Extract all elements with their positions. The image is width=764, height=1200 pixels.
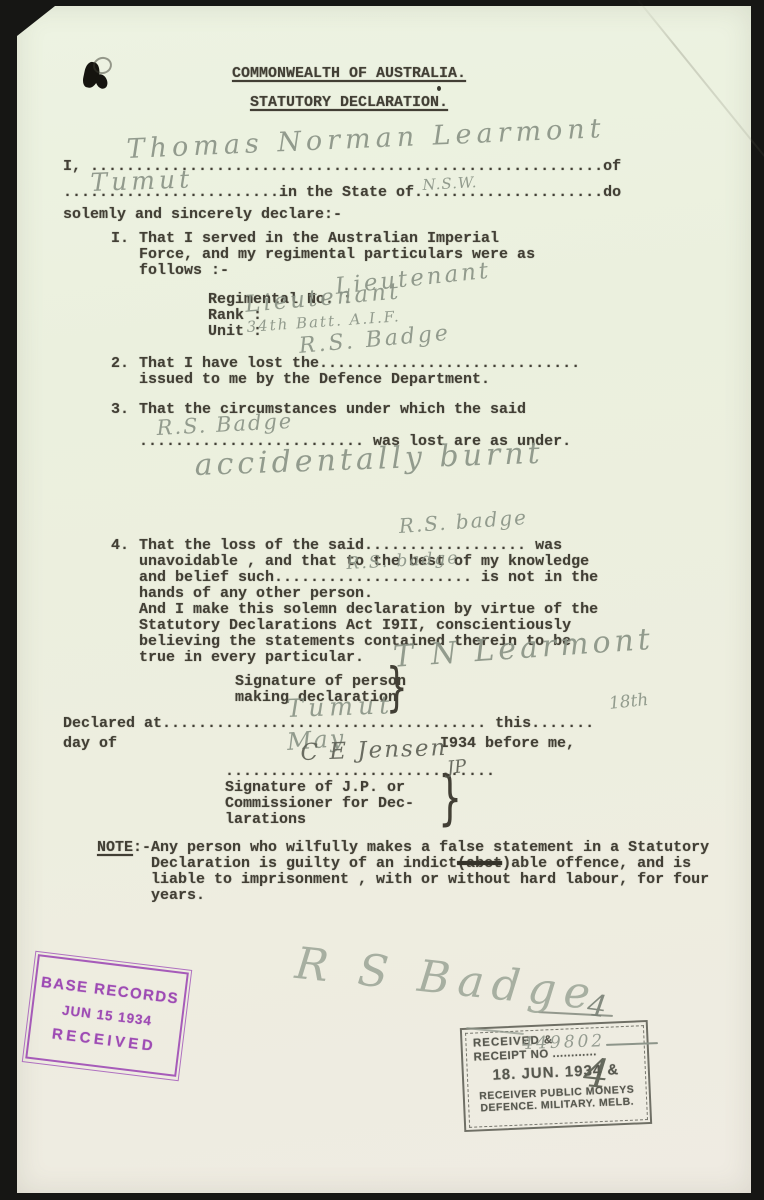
base-records-stamp-inner: BASE RECORDS JUN 15 1934 RECEIVED	[25, 954, 189, 1077]
day-of-label: day of	[63, 736, 117, 752]
jp-label: Signature of J.P. or Commissioner for De…	[225, 780, 414, 828]
note-line-2: Declaration is guilty of an indict(abet)…	[151, 856, 691, 872]
base-records-stamp-title: BASE RECORDS	[40, 974, 180, 1008]
base-records-stamp-date: JUN 15 1934	[61, 1003, 153, 1029]
doc-subtitle: STATUTORY DECLARATION.	[250, 95, 448, 111]
note-line-4: years.	[151, 888, 205, 904]
item-2-line-1: That I have lost the....................…	[139, 356, 580, 372]
hw-jp-initials: JP	[446, 756, 467, 779]
base-records-stamp: BASE RECORDS JUN 15 1934 RECEIVED	[22, 951, 192, 1081]
note-line-1: NOTE:-Any person who wilfully makes a fa…	[97, 840, 709, 856]
item-1-number: I.	[111, 231, 129, 247]
opening-line-3: solemly and sincerely declare:-	[63, 207, 342, 223]
note-line-3: liable to imprisonment , with or without…	[151, 872, 709, 888]
doc-title: COMMONWEALTH OF AUSTRALIA.	[232, 66, 466, 82]
base-records-stamp-received: RECEIVED	[51, 1026, 157, 1056]
item-4-number: 4.	[111, 538, 129, 554]
receipt-stamp-date: 18. JUN. 1934 &	[474, 1060, 638, 1084]
item-3-number: 3.	[111, 402, 129, 418]
hw-day: 18th	[608, 690, 649, 714]
note-line-2-post: )able offence, and is	[502, 855, 691, 872]
hw-state: N.S.W.	[422, 173, 478, 194]
ink-speck	[437, 86, 441, 91]
hw-declared-town: Tumut	[286, 690, 395, 723]
year-before-me-label: I934 before me,	[440, 736, 575, 752]
item-2-line-2: issued to me by the Defence Department.	[139, 372, 490, 388]
scanned-document: COMMONWEALTH OF AUSTRALIA. STATUTORY DEC…	[0, 0, 764, 1200]
note-line-2-pre: Declaration is guilty of an indict	[151, 855, 457, 872]
hw-jp-signature: C E Jensen	[300, 735, 448, 766]
hw-mark-4-bottom: 4	[581, 1050, 611, 1098]
item-2-number: 2.	[111, 356, 129, 372]
note-label: NOTE	[97, 839, 133, 856]
hw-town: Tumut	[90, 164, 194, 197]
note-line-1-text: :-Any person who wilfully makes a false …	[133, 839, 709, 856]
note-struck-text: (abet	[457, 855, 502, 872]
